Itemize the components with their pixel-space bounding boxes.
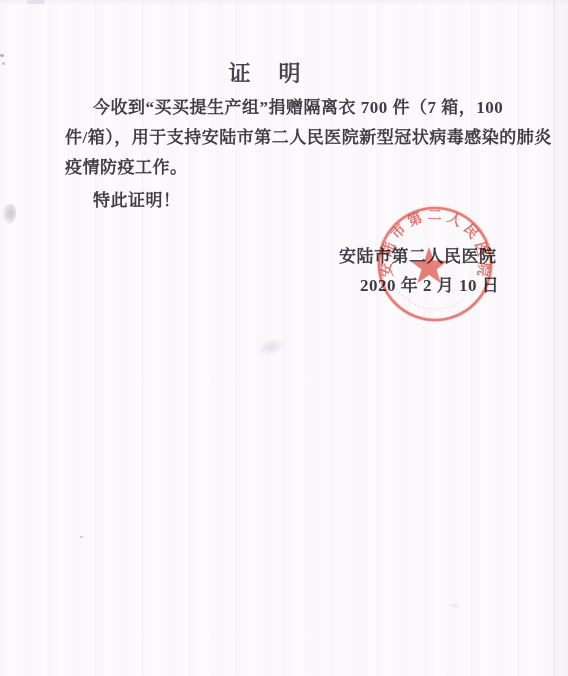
page-title: 证 明 — [0, 57, 532, 88]
scan-artifact-smudge — [256, 334, 289, 357]
red-star-icon — [410, 247, 448, 283]
scan-artifact-streak — [27, 0, 45, 4]
official-seal: 安陆市第二人民医院 ···················· — [360, 195, 520, 345]
body-line: 今收到“买买提生产组”捐赠隔离衣 700 件（7 箱，100 — [65, 93, 505, 123]
page-edge-shadow — [553, 0, 568, 676]
body-line: 件/箱），用于支持安陆市第二人民医院新型冠状病毒感染的肺炎 — [65, 123, 505, 153]
document-page: 证 明 今收到“买买提生产组”捐赠隔离衣 700 件（7 箱，100 件/箱），… — [0, 0, 568, 676]
body-line: 疫情防疫工作。 — [65, 153, 505, 183]
scan-artifact-blob — [3, 204, 16, 224]
scan-artifact-speck — [80, 536, 83, 538]
scan-artifact-smudge — [447, 603, 461, 608]
